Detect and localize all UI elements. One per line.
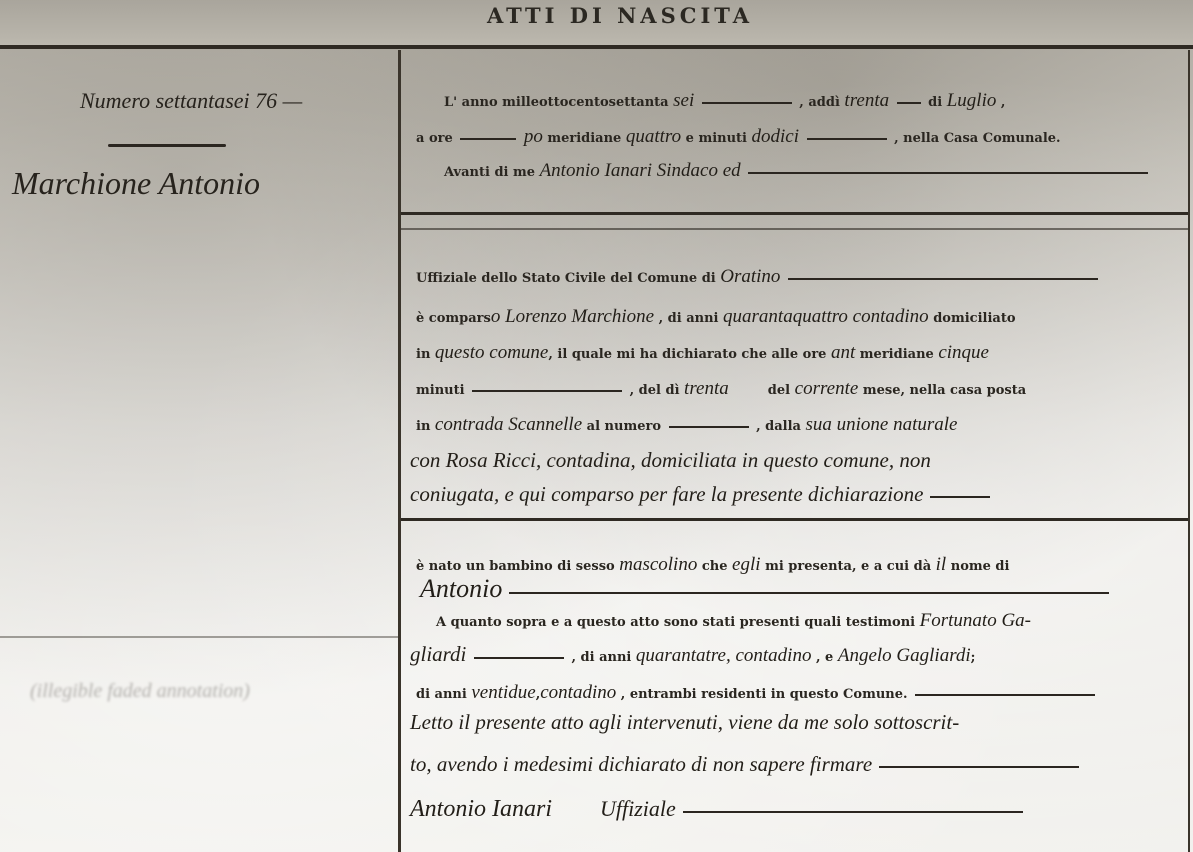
printed-text: mese, nella casa posta — [863, 383, 1026, 398]
handwritten-closing-2: to, avendo i medesimi dichiarato di non … — [410, 752, 872, 776]
handwritten-witness1-surname: gliardi — [410, 642, 466, 666]
officer-title: Uffiziale — [600, 796, 676, 821]
handwritten-day: trenta — [684, 378, 729, 399]
printed-text: , il — [548, 347, 567, 362]
printed-text: , e — [816, 650, 833, 665]
handwritten-month-ref: corrente — [795, 378, 859, 399]
handwritten-age-occupation: quarantaquattro contadino — [723, 306, 929, 327]
s1-line3: Avanti di me Antonio Ianari Sindaco ed — [444, 160, 1151, 182]
section-divider-2 — [401, 518, 1188, 521]
handwritten-pronoun: egli — [732, 554, 761, 575]
subject-name: Marchione Antonio — [12, 165, 260, 202]
printed-text: , addì — [799, 95, 840, 110]
s3-line7: to, avendo i medesimi dichiarato di non … — [410, 752, 1082, 777]
printed-text: quale mi ha dichiarato che alle ore — [572, 347, 827, 362]
handwritten-hour: cinque — [938, 342, 989, 363]
printed-text: Uffiziale dello Stato Civile del Comune … — [416, 271, 716, 286]
handwritten-witness2-age: ventidue — [471, 682, 535, 703]
handwritten-period: ant — [831, 342, 855, 363]
s2-line1: Uffiziale dello Stato Civile del Comune … — [416, 266, 1101, 288]
scanned-birth-record: ATTI DI NASCITA Numero settantasei 76 — … — [0, 0, 1193, 852]
s2-line3: in questo comune, il quale mi ha dichiar… — [416, 342, 989, 364]
handwritten-declarant: o Lorenzo Marchione — [491, 306, 654, 327]
s3-line5: di anni ventidue,contadino , entrambi re… — [416, 682, 1098, 704]
margin-faint-rule — [0, 636, 398, 638]
printed-text: di — [928, 95, 942, 110]
section-divider-1b — [401, 228, 1188, 230]
printed-text: è nato un bambino di sesso — [416, 559, 615, 574]
printed-text: L' anno milleottocentosettanta — [444, 95, 669, 110]
handwritten-witness2: Angelo Gagliardi — [838, 645, 971, 666]
printed-text: , di anni — [571, 650, 631, 665]
handwritten-hour: quattro — [626, 126, 681, 147]
handwritten-child-name: Antonio — [420, 574, 502, 603]
column-divider — [398, 50, 401, 852]
top-rule — [0, 45, 1193, 49]
s3-line1: è nato un bambino di sesso mascolino che… — [416, 554, 1009, 576]
printed-text: in — [416, 419, 430, 434]
printed-text: , entrambi residenti in questo Comune. — [621, 687, 908, 702]
s2-line7: coniugata, e qui comparso per fare la pr… — [410, 482, 993, 507]
printed-text: e minuti — [686, 131, 747, 146]
handwritten-union: sua unione naturale — [805, 414, 957, 435]
printed-text: , — [1001, 95, 1006, 110]
s3-line4: gliardi , di anni quarantatre, contadino… — [410, 642, 975, 667]
s2-line6: con Rosa Ricci, contadina, domiciliata i… — [410, 448, 931, 473]
printed-text: , di anni — [659, 311, 719, 326]
printed-text: nome di — [951, 559, 1010, 574]
handwritten-officer: Antonio Ianari Sindaco ed — [540, 160, 741, 181]
printed-text: al numero — [587, 419, 661, 434]
handwritten-witness2-occupation: contadino — [540, 682, 616, 703]
printed-text: mi presenta, e a cui dà — [765, 559, 931, 574]
s1-line1: L' anno milleottocentosettanta sei , add… — [444, 90, 1005, 112]
printed-text: A quanto sopra e a questo atto sono stat… — [436, 615, 915, 630]
handwritten-declaration: coniugata, e qui comparso per fare la pr… — [410, 482, 923, 506]
faded-annotation: (illegible faded annotation) — [30, 680, 390, 800]
printed-text: a ore — [416, 131, 453, 146]
printed-text: , nella Casa Comunale. — [894, 131, 1060, 146]
printed-text: che — [702, 559, 728, 574]
s2-line4: minuti , del dì trenta del corrente mese… — [416, 378, 1026, 400]
handwritten-sex: mascolino — [619, 554, 697, 575]
s2-line5: in contrada Scannelle al numero , dalla … — [416, 414, 957, 436]
handwritten-year: sei — [673, 90, 694, 111]
s1-line2: a ore po meridiane quattro e minuti dodi… — [416, 126, 1061, 148]
printed-text: meridiane — [860, 347, 934, 362]
printed-text: minuti — [416, 383, 465, 398]
s2-line2: è comparso Lorenzo Marchione , di anni q… — [416, 306, 1016, 328]
s3-line3: A quanto sopra e a questo atto sono stat… — [436, 610, 1031, 632]
printed-text: meridiane — [547, 131, 621, 146]
handwritten-article: il — [936, 554, 947, 575]
section-divider-1 — [401, 212, 1188, 215]
handwritten-mother: con Rosa Ricci, contadina, domiciliata i… — [410, 448, 931, 472]
printed-text: in — [416, 347, 430, 362]
handwritten-closing: Letto il presente atto agli intervenuti,… — [410, 710, 959, 734]
record-number: Numero settantasei 76 — — [80, 88, 302, 114]
handwritten-witness1-age: quarantatre, contadino — [636, 645, 812, 666]
right-border — [1188, 50, 1190, 852]
handwritten-residence: questo comune — [435, 342, 548, 363]
printed-text: di anni — [416, 687, 467, 702]
printed-text: è compars — [416, 311, 491, 326]
printed-text: , dalla — [756, 419, 801, 434]
handwritten-comune: Oratino — [720, 266, 780, 287]
s3-line2: Antonio — [420, 574, 1112, 604]
margin-flourish — [108, 144, 226, 147]
s3-line8: Antonio Ianari Uffiziale — [410, 796, 1026, 823]
printed-text: del — [768, 383, 790, 398]
printed-text: , del dì — [630, 383, 680, 398]
printed-text: Avanti di me — [444, 165, 535, 180]
printed-text: domiciliato — [933, 311, 1015, 326]
handwritten-witness1: Fortunato Ga- — [920, 610, 1031, 631]
handwritten-street: contrada Scannelle — [435, 414, 582, 435]
handwritten-period: po — [524, 126, 543, 147]
printed-text: ; — [971, 650, 976, 665]
handwritten-minutes: dodici — [752, 126, 800, 147]
document-title: ATTI DI NASCITA — [460, 3, 780, 28]
handwritten-month: Luglio — [947, 90, 997, 111]
officer-signature: Antonio Ianari — [410, 796, 552, 822]
s3-line6: Letto il presente atto agli intervenuti,… — [410, 710, 959, 735]
handwritten-day: trenta — [844, 90, 889, 111]
